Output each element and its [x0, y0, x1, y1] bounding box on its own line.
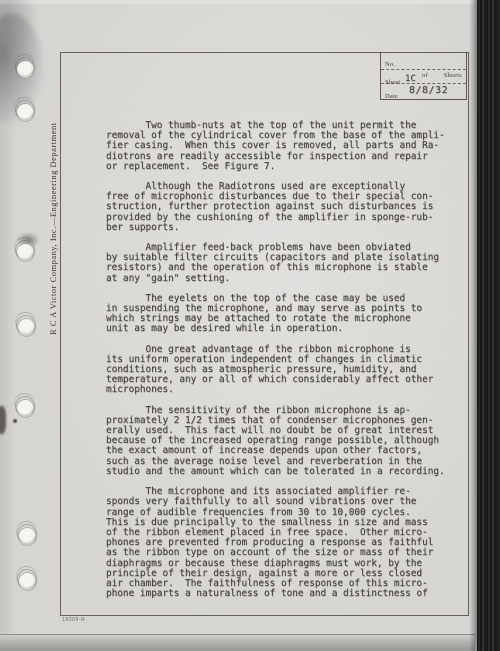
of-label: of — [422, 72, 428, 79]
paragraph: Two thumb-nuts at the top of the unit pe… — [106, 121, 462, 172]
paragraph: The sensitivity of the ribbon microphone… — [106, 406, 462, 477]
date-label: Date — [385, 93, 398, 100]
page-top-edge — [0, 0, 477, 4]
sheet-number: 1C — [405, 74, 416, 84]
punch-hole — [19, 573, 36, 590]
binder-strip — [475, 0, 500, 651]
paragraph: One great advantage of the ribbon microp… — [106, 345, 462, 396]
punch-hole — [19, 528, 36, 545]
ink-smudge — [13, 419, 17, 423]
header-row-number: No. — [381, 52, 466, 70]
punch-hole — [18, 319, 35, 336]
punch-hole — [17, 400, 34, 417]
punch-hole — [17, 244, 34, 261]
paragraph: Amplifier feed-back problems have been o… — [106, 243, 462, 284]
paragraph: Although the Radiotrons used are excepti… — [106, 182, 462, 233]
paragraph: The microphone and its associated amplif… — [106, 487, 462, 599]
form-number: 18009-R — [62, 617, 85, 623]
paragraph: The eyelets on the top of the case may b… — [106, 294, 462, 335]
scanned-page: No. Sheet 1C of Sheets Date 8/8/32 R C A… — [0, 0, 500, 651]
header-row-sheet: Sheet 1C of Sheets — [381, 70, 466, 84]
page-bottom-edge — [0, 634, 477, 651]
punch-hole — [17, 104, 34, 121]
date-value: 8/8/32 — [409, 85, 448, 96]
punch-hole — [17, 61, 34, 78]
ink-smudge — [0, 0, 38, 52]
no-label: No. — [385, 61, 395, 68]
typewritten-body: Two thumb-nuts at the top of the unit pe… — [106, 121, 462, 609]
ink-smudge — [0, 406, 6, 434]
header-row-date: Date 8/8/32 — [381, 84, 466, 99]
header-box: No. Sheet 1C of Sheets Date 8/8/32 — [380, 52, 467, 100]
sheets-label: Sheets — [444, 72, 462, 79]
